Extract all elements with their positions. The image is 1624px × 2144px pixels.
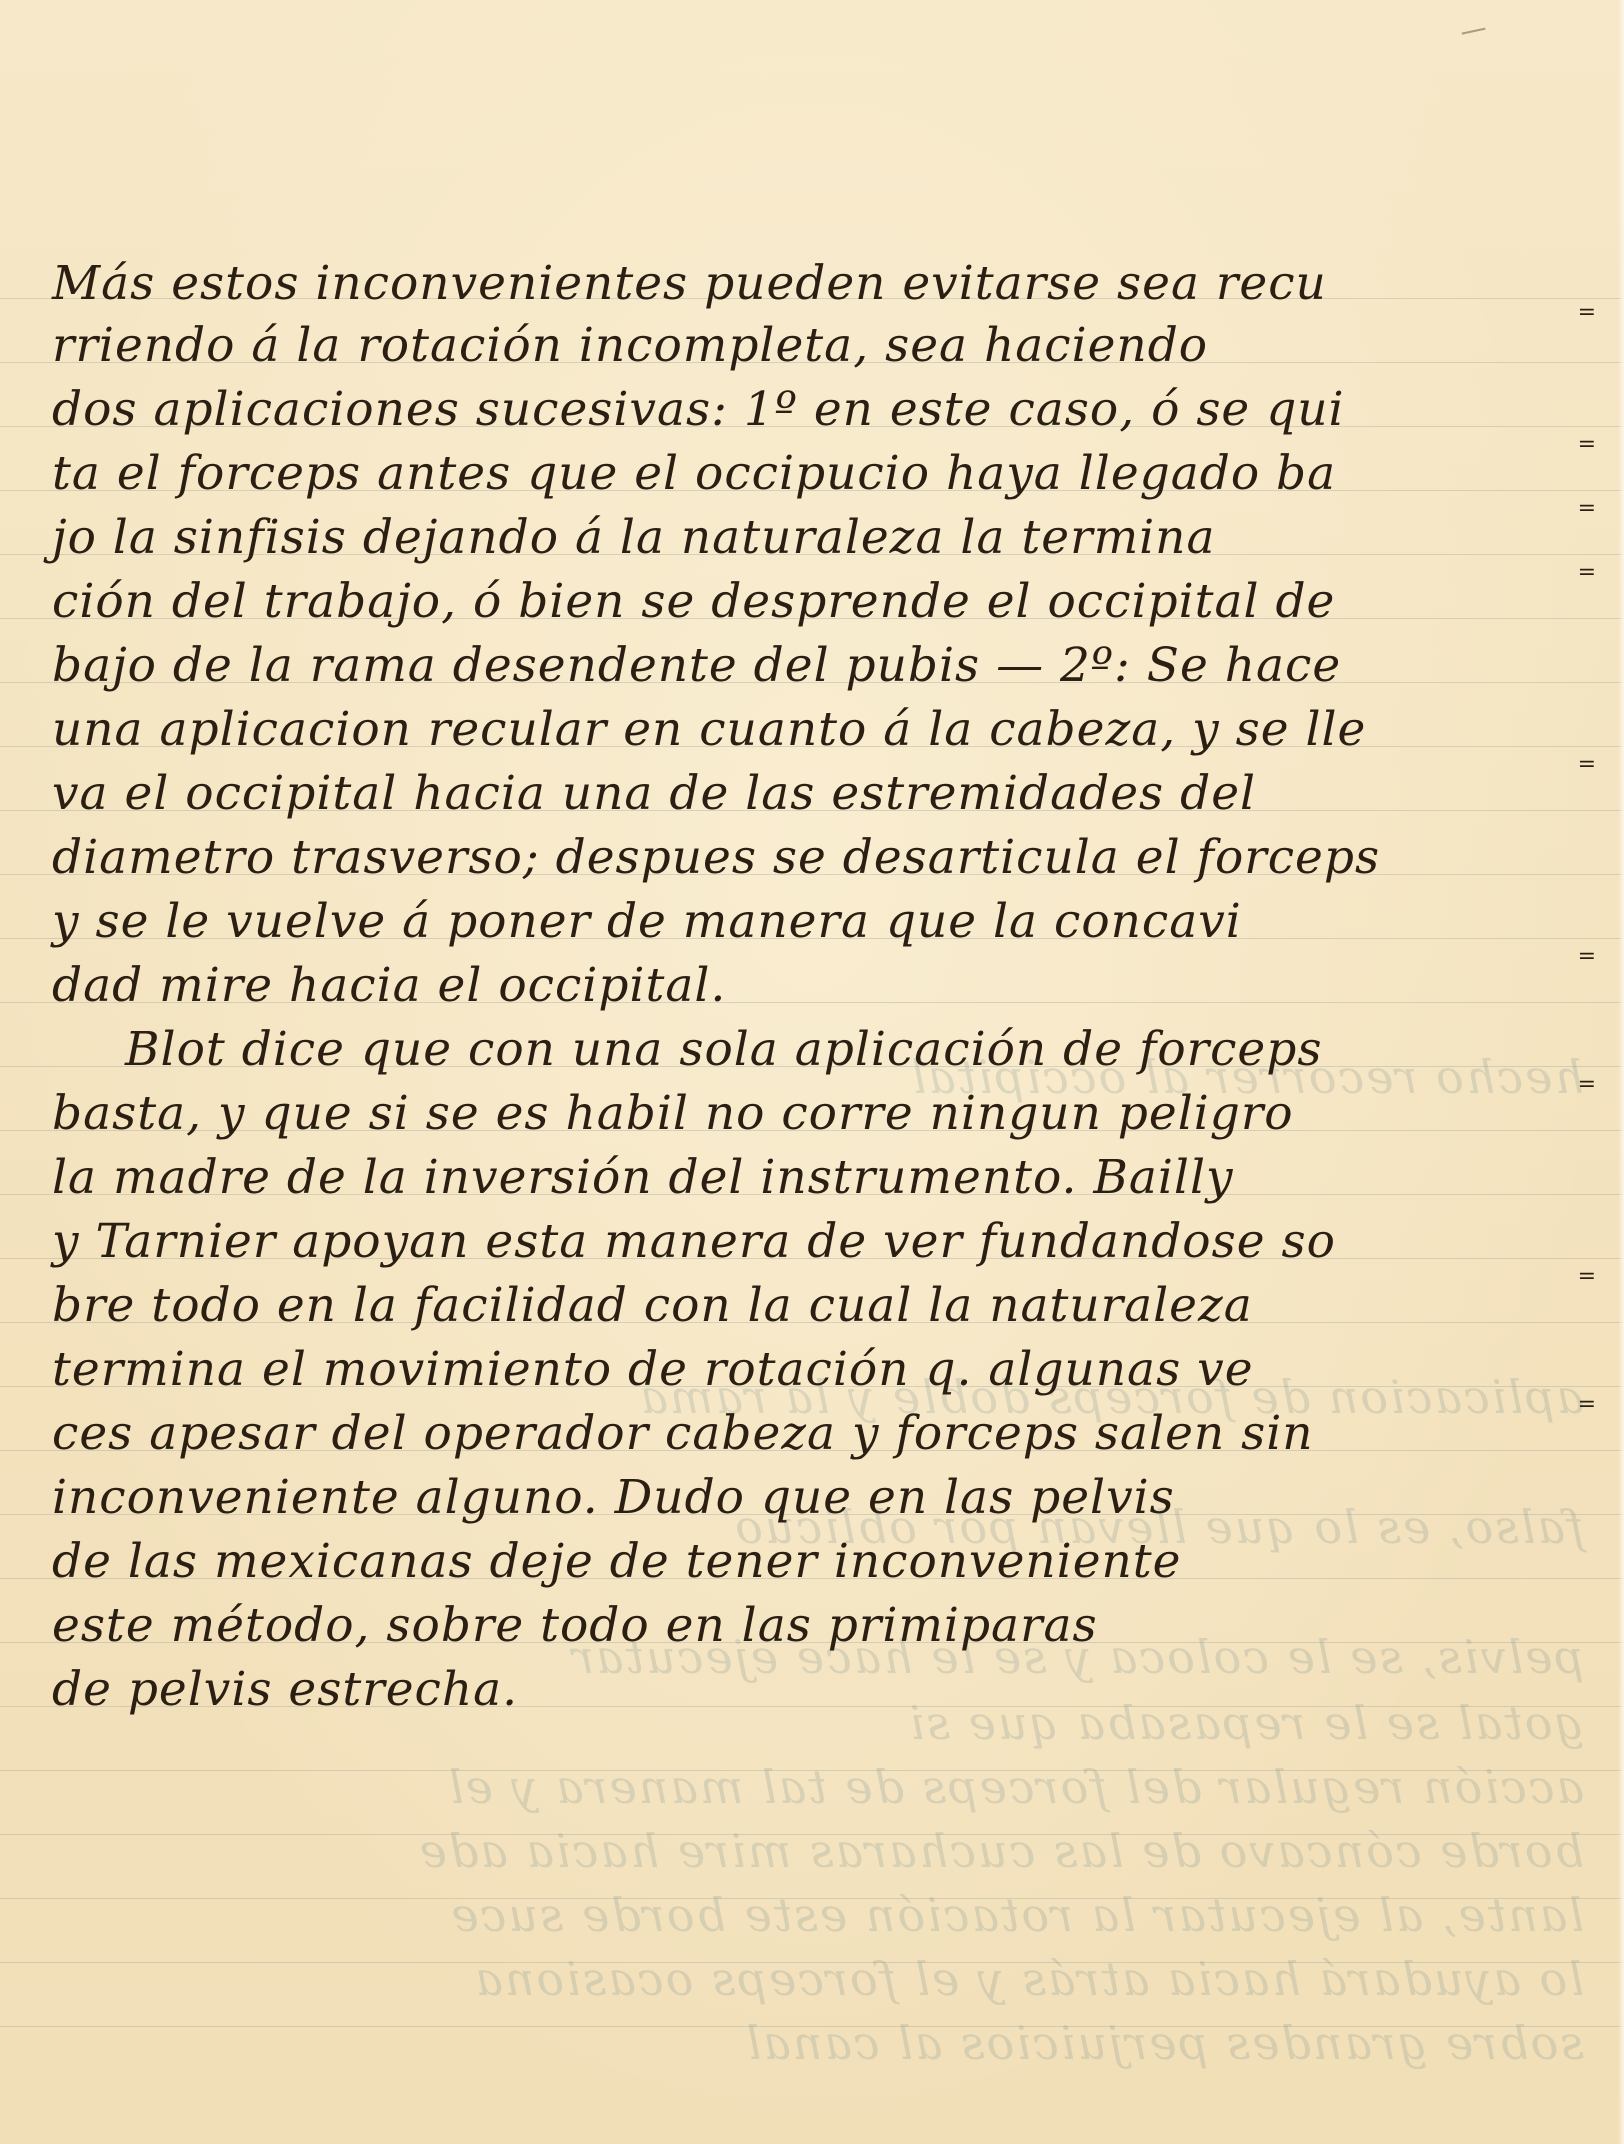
text-line: ción del trabajo, ó bien se desprende el… [52,572,1572,632]
hyphen-mark: = [1578,432,1596,457]
text-line: ta el forceps antes que el occipucio hay… [52,444,1572,504]
line-text: de pelvis estrecha. [52,1662,518,1717]
line-text: dos aplicaciones sucesivas: 1º en este c… [52,382,1345,437]
manuscript-page: hecho recorrer al occipital aplicacion d… [0,0,1624,2144]
hyphen-mark: = [1578,1264,1596,1289]
line-text: Más estos inconvenientes pueden evitarse… [52,256,1327,311]
text-line: dos aplicaciones sucesivas: 1º en este c… [52,380,1572,440]
line-text: dad mire hacia el occipital. [52,958,726,1013]
line-text: y Tarnier apoyan esta manera de ver fund… [52,1214,1336,1269]
text-line: va el occipital hacia una de las estremi… [52,764,1572,824]
hyphen-mark: = [1578,496,1596,521]
text-line: bre todo en la facilidad con la cual la … [52,1276,1572,1336]
line-text: la madre de la inversión del instrumento… [52,1150,1234,1205]
line-text: ces apesar del operador cabeza y forceps… [52,1406,1314,1461]
text-line: la madre de la inversión del instrumento… [52,1148,1572,1208]
text-line: ces apesar del operador cabeza y forceps… [52,1404,1572,1464]
text-line: dad mire hacia el occipital. [52,956,1572,1016]
manuscript-text: Más estos inconvenientes pueden evitarse… [0,0,1624,2144]
line-text: bre todo en la facilidad con la cual la … [52,1278,1253,1333]
text-line: termina el movimiento de rotación q. alg… [52,1340,1572,1400]
text-line: Más estos inconvenientes pueden evitarse… [52,254,1572,314]
text-line: una aplicacion recular en cuanto á la ca… [52,700,1572,760]
text-line: diametro trasverso; despues se desarticu… [52,828,1572,888]
line-text: una aplicacion recular en cuanto á la ca… [52,702,1366,757]
hyphen-mark: = [1578,300,1596,325]
text-line: bajo de la rama desendente del pubis — 2… [52,636,1572,696]
text-line: y se le vuelve á poner de manera que la … [52,892,1572,952]
line-text: inconveniente alguno. Dudo que en las pe… [52,1470,1175,1525]
line-text: jo la sinfisis dejando á la naturaleza l… [52,510,1215,565]
text-line: jo la sinfisis dejando á la naturaleza l… [52,508,1572,568]
text-line: y Tarnier apoyan esta manera de ver fund… [52,1212,1572,1272]
line-text: diametro trasverso; despues se desarticu… [52,830,1380,885]
line-text: basta, y que si se es habil no corre nin… [52,1086,1294,1141]
line-text: Blot dice que con una sola aplicación de… [125,1022,1322,1077]
line-text: va el occipital hacia una de las estremi… [52,766,1256,821]
line-text: este método, sobre todo en las primipara… [52,1598,1098,1653]
line-text: ta el forceps antes que el occipucio hay… [52,446,1336,501]
hyphen-mark: = [1578,1072,1596,1097]
hyphen-mark: = [1578,944,1596,969]
hyphen-mark: = [1578,752,1596,777]
line-text: bajo de la rama desendente del pubis — 2… [52,638,1341,693]
line-text: rriendo á la rotación incompleta, sea ha… [52,318,1208,373]
text-line: basta, y que si se es habil no corre nin… [52,1084,1572,1144]
hyphen-mark: = [1578,1392,1596,1417]
text-line: rriendo á la rotación incompleta, sea ha… [52,316,1572,376]
line-text: ción del trabajo, ó bien se desprende el… [52,574,1335,629]
paper-edge [1618,0,1624,2144]
text-line: Blot dice que con una sola aplicación de… [125,1020,1624,1080]
text-line: inconveniente alguno. Dudo que en las pe… [52,1468,1572,1528]
hyphen-mark: = [1578,560,1596,585]
line-text: termina el movimiento de rotación q. alg… [52,1342,1254,1397]
text-line: de las mexicanas deje de tener inconveni… [52,1532,1572,1592]
line-text: y se le vuelve á poner de manera que la … [52,894,1242,949]
text-line: de pelvis estrecha. [52,1660,1572,1720]
text-line: este método, sobre todo en las primipara… [52,1596,1572,1656]
line-text: de las mexicanas deje de tener inconveni… [52,1534,1181,1589]
